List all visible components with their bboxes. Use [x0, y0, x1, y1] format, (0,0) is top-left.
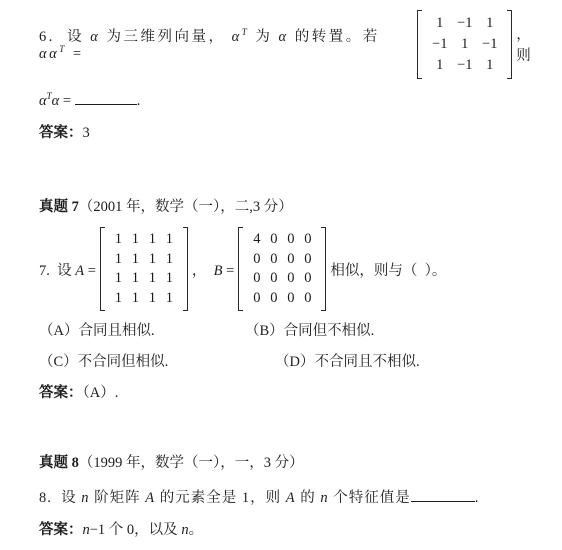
matrix-b: 4000000000000000: [238, 227, 326, 311]
option-d: （D）不合同且不相似.: [275, 352, 420, 372]
exam-8-header-text: 真题 8（1999 年，数学（一），一，3 分）: [39, 455, 304, 471]
option-c: （C）不合同但相似.: [39, 352, 275, 372]
question-7-text-after-matrices: 相似，则与（ ）。: [330, 259, 446, 280]
answer-7-text: 答案：（A）.: [39, 385, 118, 401]
answer-8-text: 答案：n−1 个 0，以及 n。: [39, 522, 203, 538]
question-8-text: 8. 设 n 阶矩阵 A 的元素全是 1，则 A 的 n 个特征值是: [39, 490, 411, 506]
answer-blank-q8: [411, 487, 475, 502]
exam-8-header: 真题 8（1999 年，数学（一），一，3 分）: [39, 453, 544, 473]
answer-6-text: 答案：3: [39, 125, 90, 141]
option-b: （B）合同但不相似.: [245, 321, 374, 341]
matrix-a: 1111111111111111: [100, 227, 188, 311]
question-7-text-before-matrix-a: 7. 设 A =: [39, 259, 96, 280]
question-6-expression: αTα =: [39, 93, 75, 109]
question-8-period: .: [475, 490, 479, 506]
question-7-options-row-2: （C）不合同但相似. （D）不合同且不相似.: [39, 352, 544, 372]
question-6-line-2: αTα = .: [39, 90, 544, 111]
answer-6: 答案：3: [39, 123, 544, 143]
question-6-line-1: 6. 设 α 为三维列向量， αT 为 α 的转置。若 ααT = 1−11−1…: [39, 6, 544, 82]
matrix-body: 4000000000000000: [243, 227, 321, 311]
question-6-text-before-matrix: 6. 设 α 为三维列向量， αT 为 α 的转置。若 ααT =: [39, 25, 413, 63]
matrix-right-bracket: [183, 227, 188, 311]
matrix-body: 1111111111111111: [105, 227, 183, 311]
answer-8: 答案：n−1 个 0，以及 n。: [39, 520, 544, 540]
matrix-right-bracket: [507, 10, 512, 79]
exam-7-header: 真题 7（2001 年，数学（一），二,3 分）: [39, 197, 544, 217]
matrix-alpha-alpha-transpose: 1−11−11−11−11: [417, 10, 512, 79]
answer-7: 答案：（A）.: [39, 383, 544, 403]
question-6-period: .: [137, 93, 141, 109]
matrix-right-bracket: [321, 227, 326, 311]
question-7-options-row-1: （A）合同且相似. （B）合同但不相似.: [39, 321, 544, 341]
question-7-line: 7. 设 A = 1111111111111111 ， B = 40000000…: [39, 227, 544, 311]
question-6-text-after-matrix: ，则: [516, 23, 544, 65]
question-8-line: 8. 设 n 阶矩阵 A 的元素全是 1，则 A 的 n 个特征值是.: [39, 487, 544, 508]
matrix-body: 1−11−11−11−11: [422, 10, 507, 79]
answer-blank-q6: [75, 90, 137, 105]
option-a: （A）合同且相似.: [39, 321, 245, 341]
document-page: 6. 设 α 为三维列向量， αT 为 α 的转置。若 ααT = 1−11−1…: [0, 0, 562, 540]
question-7-text-between-matrices: ， B =: [192, 259, 234, 280]
exam-7-header-text: 真题 7（2001 年，数学（一），二,3 分）: [39, 199, 293, 215]
